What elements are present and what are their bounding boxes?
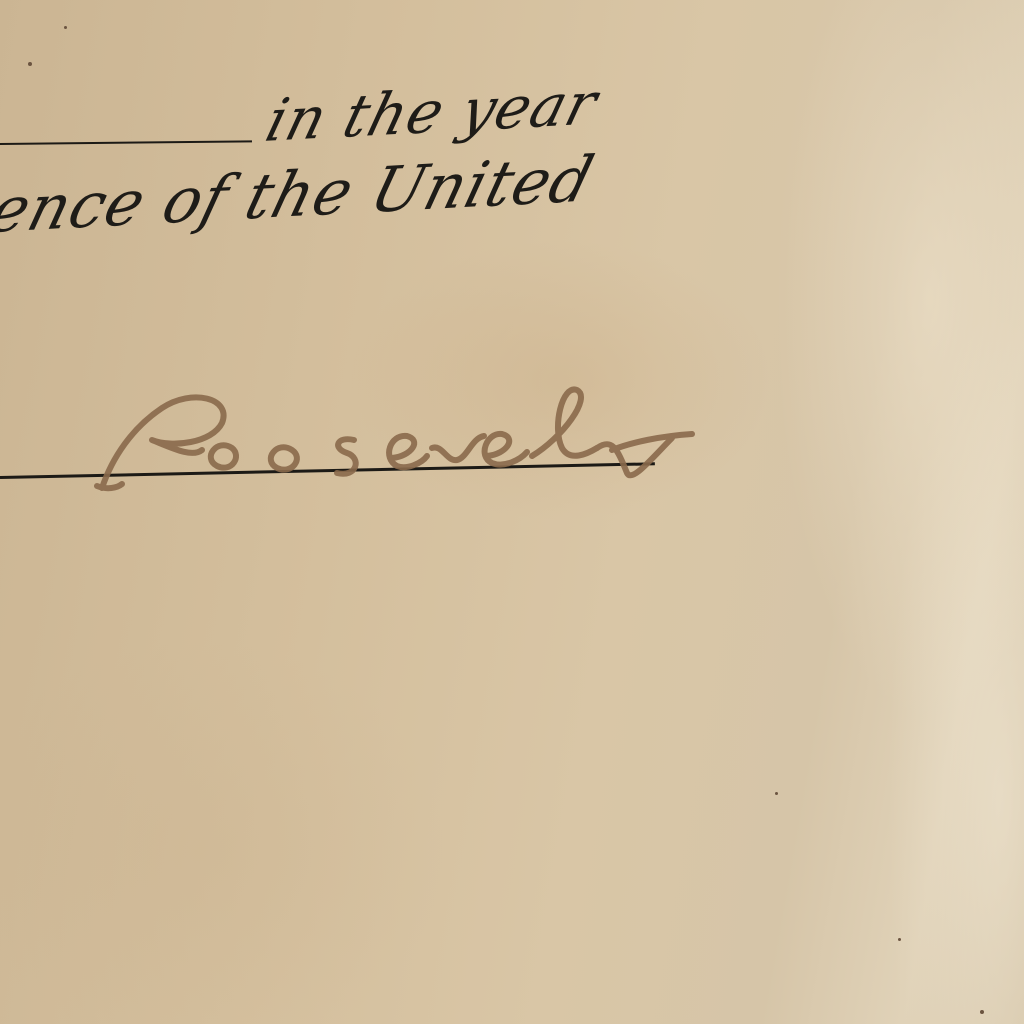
document-page: in the year ence of the United Roosevelt (0, 0, 1024, 1024)
script-line-in-the-year: in the year (259, 69, 605, 155)
signature-roosevelt: Roosevelt (92, 378, 952, 508)
script-line-of-the-united: ence of the United (0, 142, 602, 248)
paper-speck (980, 1010, 984, 1014)
paper-speck (898, 938, 901, 941)
paper-speck (28, 62, 32, 66)
paper-speck (775, 792, 778, 795)
paper-speck (64, 26, 67, 29)
blank-field-line (0, 140, 252, 145)
